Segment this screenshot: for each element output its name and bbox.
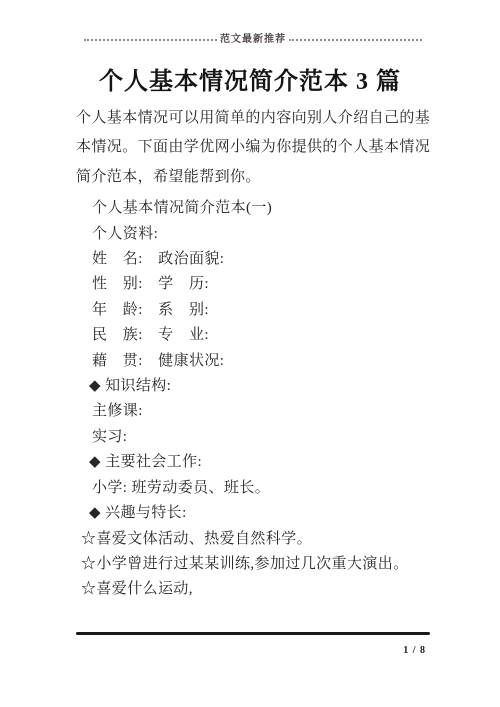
body-line: 年 龄: 系 别: bbox=[76, 298, 436, 323]
intro-line: 简介范本，希望能帮到你。 bbox=[76, 163, 436, 192]
document-title: 个人基本情况简介范本 3 篇 bbox=[0, 61, 500, 96]
intro-paragraph: 个人基本情况可以用简单的内容向别人介绍自己的基本情况。下面由学优网小编为你提供的… bbox=[76, 104, 436, 192]
body-line: ◆ 主要社会工作: bbox=[76, 450, 436, 475]
body-line: 个人基本情况简介范本(一) bbox=[76, 196, 436, 221]
body-line: 个人资料: bbox=[76, 222, 436, 247]
page-header: 范文最新推荐 bbox=[84, 35, 422, 45]
header-label: 范文最新推荐 bbox=[217, 35, 289, 45]
body-line: 性 别: 学 历: bbox=[76, 272, 436, 297]
body-line: 主修课: bbox=[76, 399, 436, 424]
body-line: ☆喜爱文体活动、热爱自然科学。 bbox=[76, 527, 436, 552]
body-line: 姓 名: 政治面貌: bbox=[76, 247, 436, 272]
intro-line: 本情况。下面由学优网小编为你提供的个人基本情况 bbox=[76, 133, 436, 162]
document-page: 范文最新推荐 个人基本情况简介范本 3 篇 个人基本情况可以用简单的内容向别人介… bbox=[0, 0, 500, 707]
page-indicator: 1 / 8 bbox=[403, 645, 426, 656]
body-line: ◆ 知识结构: bbox=[76, 374, 436, 399]
body-lines: 个人基本情况简介范本(一)个人资料:姓 名: 政治面貌:性 别: 学 历:年 龄… bbox=[76, 196, 436, 603]
body-line: 藉 贯: 健康状况: bbox=[76, 349, 436, 374]
header-rule-right bbox=[289, 39, 422, 41]
body-line: 民 族: 专 业: bbox=[76, 323, 436, 348]
body-line: ☆小学曾进行过某某训练,参加过几次重大演出。 bbox=[76, 552, 436, 577]
body-line: 实习: bbox=[76, 425, 436, 450]
body-line: ◆ 兴趣与特长: bbox=[76, 501, 436, 526]
intro-line: 个人基本情况可以用简单的内容向别人介绍自己的基 bbox=[76, 104, 436, 133]
footer-rule bbox=[76, 632, 430, 635]
body-line: 小学: 班劳动委员、班长。 bbox=[76, 476, 436, 501]
header-rule-left bbox=[84, 39, 217, 41]
document-body: 个人基本情况可以用简单的内容向别人介绍自己的基本情况。下面由学优网小编为你提供的… bbox=[76, 104, 436, 603]
body-line: ☆喜爱什么运动, bbox=[76, 577, 436, 602]
